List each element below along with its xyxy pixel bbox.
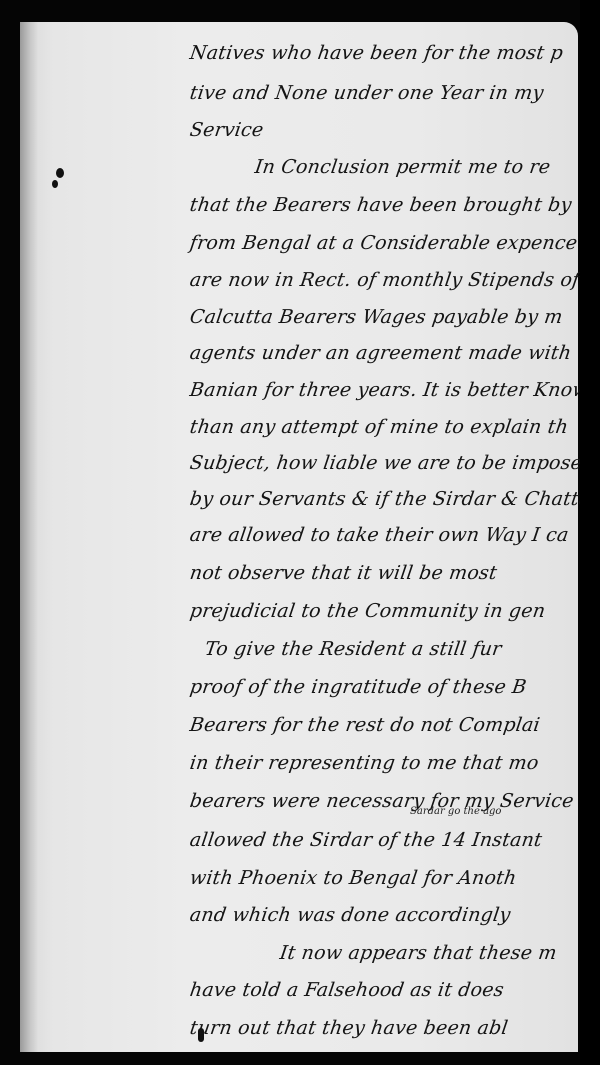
handwritten-line: are now in Rect. of monthly Stipends of: [188, 269, 580, 291]
handwritten-line: are allowed to take their own Way I ca: [188, 524, 570, 546]
handwritten-line: To give the Resident a still fur: [203, 638, 503, 660]
handwritten-line: bearers were necessary for my Service: [188, 790, 575, 812]
handwritten-line: Natives who have been for the most p: [188, 42, 564, 64]
handwritten-line: that the Bearers have been brought by: [188, 194, 573, 216]
handwritten-line: It now appears that these m: [278, 942, 558, 964]
handwritten-line: Service: [188, 119, 265, 141]
handwritten-line: tive and None under one Year in my: [188, 82, 545, 104]
handwritten-line: from Bengal at a Considerable expence: [188, 232, 578, 254]
handwritten-line: agents under an agreement made with: [188, 342, 572, 364]
handwritten-line: in their representing to me that mo: [188, 752, 540, 774]
handwritten-line: Subject, how liable we are to be imposed: [188, 452, 580, 474]
handwritten-line: Bearers for the rest do not Complai: [188, 714, 541, 736]
interlinear-note: Sardar go the ago: [410, 806, 501, 817]
handwritten-line: have told a Falsehood as it does: [188, 979, 505, 1001]
handwritten-line: and which was done accordingly: [188, 904, 511, 926]
handwritten-line: proof of the ingratitude of these B: [188, 676, 527, 698]
text-area: Natives who have been for the most ptive…: [20, 22, 580, 1052]
handwritten-line: with Phoenix to Bengal for Anoth: [188, 867, 518, 889]
handwritten-line: turn out that they have been abl: [188, 1017, 509, 1039]
handwritten-line: not observe that it will be most: [188, 562, 498, 584]
handwritten-line: allowed the Sirdar of the 14 Instant: [188, 829, 543, 851]
handwritten-line: Banian for three years. It is better Kno…: [188, 379, 580, 401]
handwritten-line: prejudicial to the Community in gen: [188, 600, 546, 622]
scan-border-right: [580, 0, 600, 1065]
handwritten-line: Calcutta Bearers Wages payable by m: [188, 306, 564, 328]
handwritten-line: by our Servants & if the Sirdar & Chatta…: [188, 488, 580, 510]
handwritten-line: In Conclusion permit me to re: [253, 156, 551, 178]
handwritten-line: than any attempt of mine to explain th: [188, 416, 569, 438]
